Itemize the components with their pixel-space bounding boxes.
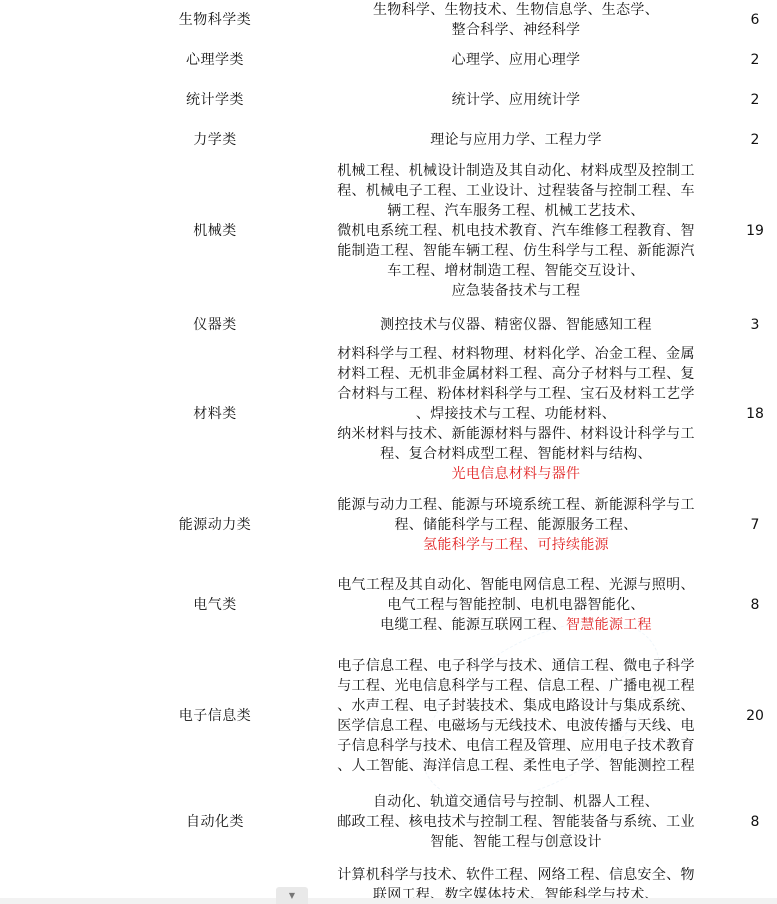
majors-line: 机械工程、机械设计制造及其自动化、材料成型及控制工 [312, 161, 720, 181]
major-text: 测控技术与仪器、精密仪器、智能感知工程 [380, 317, 652, 333]
majors-line: 辆工程、汽车服务工程、机械工艺技术、 [312, 201, 720, 221]
majors-line: 材料科学与工程、材料物理、材料化学、冶金工程、金属 [312, 344, 720, 364]
majors-cell: 生物科学、生物技术、生物信息学、生态学、整合科学、神经科学 [312, 0, 720, 40]
majors-line: 自动化、轨道交通信号与控制、机器人工程、 [312, 792, 720, 812]
major-text: 电气工程与智能控制、电机电器智能化、 [387, 597, 644, 613]
majors-line: 计算机科学与技术、软件工程、网络工程、信息安全、物 [312, 865, 720, 885]
major-text: 、焊接技术与工程、功能材料、 [416, 406, 616, 422]
category-cell: 机械类 [130, 221, 300, 241]
new-major-text: 光电信息材料与器件 [452, 466, 581, 482]
majors-line: 心理学、应用心理学 [312, 50, 720, 70]
majors-cell: 测控技术与仪器、精密仪器、智能感知工程 [312, 315, 720, 335]
majors-line: 生物科学、生物技术、生物信息学、生态学、 [312, 0, 720, 20]
category-cell: 仪器类 [130, 315, 300, 335]
major-text: 智能、智能工程与创意设计 [430, 834, 602, 850]
major-text: 辆工程、汽车服务工程、机械工艺技术、 [387, 203, 644, 219]
majors-line: 统计学、应用统计学 [312, 90, 720, 110]
majors-line: 程、机械电子工程、工业设计、过程装备与控制工程、车 [312, 181, 720, 201]
major-text: 程、机械电子工程、工业设计、过程装备与控制工程、车 [337, 183, 695, 199]
majors-line: 医学信息工程、电磁场与无线技术、电波传播与天线、电 [312, 716, 720, 736]
majors-line: 邮政工程、核电技术与控制工程、智能装备与系统、工业 [312, 812, 720, 832]
majors-cell: 自动化、轨道交通信号与控制、机器人工程、邮政工程、核电技术与控制工程、智能装备与… [312, 792, 720, 852]
category-cell: 电气类 [130, 595, 300, 615]
major-text: 材料科学与工程、材料物理、材料化学、冶金工程、金属 [337, 346, 695, 362]
category-cell: 统计学类 [130, 90, 300, 110]
count-cell: 18 [740, 404, 770, 424]
major-text: 微机电系统工程、机电技术教育、汽车维修工程教育、智 [337, 223, 695, 239]
major-text: 应急装备技术与工程 [452, 283, 581, 299]
majors-line: 与工程、光电信息科学与工程、信息工程、广播电视工程 [312, 676, 720, 696]
majors-cell: 统计学、应用统计学 [312, 90, 720, 110]
major-text: 子信息科学与技术、电信工程及管理、应用电子技术教育 [337, 738, 695, 754]
majors-line: 纳米材料与技术、新能源材料与器件、材料设计科学与工 [312, 424, 720, 444]
majors-line: 应急装备技术与工程 [312, 281, 720, 301]
majors-cell: 心理学、应用心理学 [312, 50, 720, 70]
major-text: 医学信息工程、电磁场与无线技术、电波传播与天线、电 [337, 718, 695, 734]
majors-line: 子信息科学与技术、电信工程及管理、应用电子技术教育 [312, 736, 720, 756]
majors-line: 、水声工程、电子封装技术、集成电路设计与集成系统、 [312, 696, 720, 716]
majors-line: 程、复合材料成型工程、智能材料与结构、 [312, 444, 720, 464]
majors-cell: 理论与应用力学、工程力学 [312, 130, 720, 150]
category-cell: 材料类 [130, 404, 300, 424]
majors-cell: 能源与动力工程、能源与环境系统工程、新能源科学与工程、储能科学与工程、能源服务工… [312, 495, 720, 555]
major-text: 能制造工程、智能车辆工程、仿生科学与工程、新能源汽 [337, 243, 695, 259]
count-cell: 2 [740, 50, 770, 70]
category-cell: 力学类 [130, 130, 300, 150]
majors-line: 电气工程及其自动化、智能电网信息工程、光源与照明、 [312, 575, 720, 595]
count-cell: 2 [740, 90, 770, 110]
majors-line: 程、储能科学与工程、能源服务工程、 [312, 515, 720, 535]
majors-line: 材料工程、无机非金属材料工程、高分子材料与工程、复 [312, 364, 720, 384]
major-text: 能源与动力工程、能源与环境系统工程、新能源科学与工 [337, 497, 695, 513]
majors-line: 微机电系统工程、机电技术教育、汽车维修工程教育、智 [312, 221, 720, 241]
count-cell: 20 [740, 706, 770, 726]
major-text: 、水声工程、电子封装技术、集成电路设计与集成系统、 [337, 698, 695, 714]
major-text: 机械工程、机械设计制造及其自动化、材料成型及控制工 [337, 163, 695, 179]
majors-cell: 电子信息工程、电子科学与技术、通信工程、微电子科学与工程、光电信息科学与工程、信… [312, 656, 720, 776]
majors-cell: 材料科学与工程、材料物理、材料化学、冶金工程、金属材料工程、无机非金属材料工程、… [312, 344, 720, 484]
majors-line: 氢能科学与工程、可持续能源 [312, 535, 720, 555]
count-cell: 6 [740, 10, 770, 30]
major-text: 与工程、光电信息科学与工程、信息工程、广播电视工程 [337, 678, 695, 694]
major-text: 计算机科学与技术、软件工程、网络工程、信息安全、物 [337, 867, 695, 883]
majors-line: 车工程、增材制造工程、智能交互设计、 [312, 261, 720, 281]
majors-cell: 机械工程、机械设计制造及其自动化、材料成型及控制工程、机械电子工程、工业设计、过… [312, 161, 720, 301]
count-cell: 7 [740, 515, 770, 535]
major-text: 程、储能科学与工程、能源服务工程、 [394, 517, 637, 533]
major-text: 、人工智能、海洋信息工程、柔性电子学、智能测控工程 [337, 758, 695, 774]
majors-line: 能源与动力工程、能源与环境系统工程、新能源科学与工 [312, 495, 720, 515]
major-text: 自动化、轨道交通信号与控制、机器人工程、 [373, 794, 659, 810]
major-text: 生物科学、生物技术、生物信息学、生态学、 [373, 2, 659, 18]
major-text: 合材料与工程、粉体材料科学与工程、宝石及材料工艺学 [337, 386, 695, 402]
major-text: 电缆工程、能源互联网工程、 [380, 617, 566, 633]
majors-line: 整合科学、神经科学 [312, 20, 720, 40]
major-text: 电气工程及其自动化、智能电网信息工程、光源与照明、 [337, 577, 695, 593]
majors-line: 合材料与工程、粉体材料科学与工程、宝石及材料工艺学 [312, 384, 720, 404]
count-cell: 2 [740, 130, 770, 150]
majors-line: 测控技术与仪器、精密仪器、智能感知工程 [312, 315, 720, 335]
bottom-bar [0, 898, 777, 904]
major-text: 材料工程、无机非金属材料工程、高分子材料与工程、复 [337, 366, 695, 382]
majors-line: 电子信息工程、电子科学与技术、通信工程、微电子科学 [312, 656, 720, 676]
majors-line: 电气工程与智能控制、电机电器智能化、 [312, 595, 720, 615]
category-cell: 心理学类 [130, 50, 300, 70]
majors-line: 、人工智能、海洋信息工程、柔性电子学、智能测控工程 [312, 756, 720, 776]
count-cell: 3 [740, 315, 770, 335]
chevron-down-icon: ▼ [289, 892, 295, 900]
major-text: 电子信息工程、电子科学与技术、通信工程、微电子科学 [337, 658, 695, 674]
category-cell: 自动化类 [130, 812, 300, 832]
category-cell: 生物科学类 [130, 10, 300, 30]
majors-cell: 电气工程及其自动化、智能电网信息工程、光源与照明、电气工程与智能控制、电机电器智… [312, 575, 720, 635]
majors-line: 能制造工程、智能车辆工程、仿生科学与工程、新能源汽 [312, 241, 720, 261]
major-text: 邮政工程、核电技术与控制工程、智能装备与系统、工业 [337, 814, 695, 830]
scroll-down-button[interactable]: ▼ [276, 887, 308, 904]
new-major-text: 氢能科学与工程、可持续能源 [423, 537, 609, 553]
major-text: 理论与应用力学、工程力学 [430, 132, 602, 148]
count-cell: 8 [740, 595, 770, 615]
major-text: 统计学、应用统计学 [452, 92, 581, 108]
new-major-text: 智慧能源工程 [566, 617, 652, 633]
majors-line: 智能、智能工程与创意设计 [312, 832, 720, 852]
majors-line: 光电信息材料与器件 [312, 464, 720, 484]
count-cell: 8 [740, 812, 770, 832]
major-text: 心理学、应用心理学 [452, 52, 581, 68]
category-cell: 电子信息类 [130, 706, 300, 726]
major-text: 程、复合材料成型工程、智能材料与结构、 [380, 446, 652, 462]
majors-line: 理论与应用力学、工程力学 [312, 130, 720, 150]
count-cell: 19 [740, 221, 770, 241]
majors-line: 、焊接技术与工程、功能材料、 [312, 404, 720, 424]
major-text: 整合科学、神经科学 [452, 22, 581, 38]
majors-line: 电缆工程、能源互联网工程、智慧能源工程 [312, 615, 720, 635]
major-text: 车工程、增材制造工程、智能交互设计、 [387, 263, 644, 279]
category-cell: 能源动力类 [130, 515, 300, 535]
major-text: 纳米材料与技术、新能源材料与器件、材料设计科学与工 [337, 426, 695, 442]
